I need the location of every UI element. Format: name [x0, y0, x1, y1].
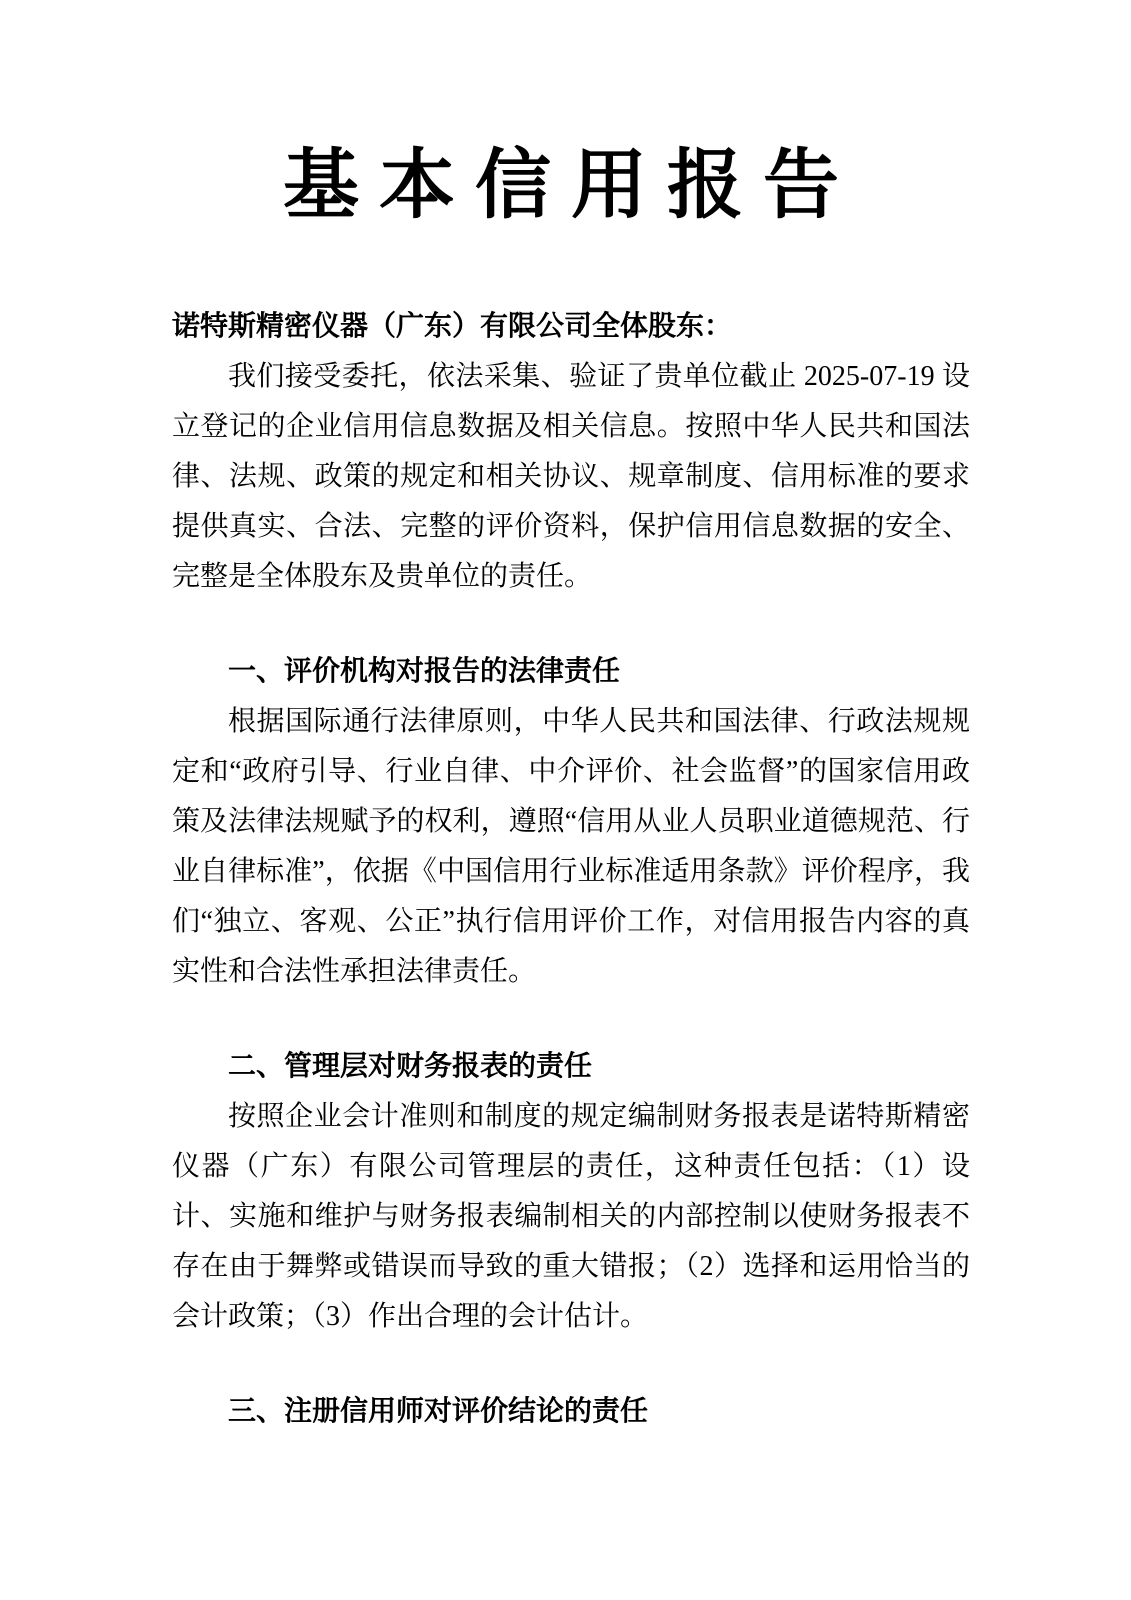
page-title: 基本信用报告 — [172, 142, 970, 230]
section-heading-2: 二、管理层对财务报表的责任 — [172, 1042, 970, 1092]
addressee-line: 诺特斯精密仪器（广东）有限公司全体股东： — [172, 302, 970, 352]
section-heading-3: 三、注册信用师对评价结论的责任 — [172, 1387, 970, 1437]
section-body-2: 按照企业会计准则和制度的规定编制财务报表是诺特斯精密仪器（广东）有限公司管理层的… — [172, 1092, 970, 1342]
section-heading-1: 一、评价机构对报告的法律责任 — [172, 647, 970, 697]
section-body-1: 根据国际通行法律原则，中华人民共和国法律、行政法规规定和“政府引导、行业自律、中… — [172, 697, 970, 997]
document-page: 基本信用报告 诺特斯精密仪器（广东）有限公司全体股东： 我们接受委托，依法采集、… — [0, 0, 1131, 1600]
intro-paragraph: 我们接受委托，依法采集、验证了贵单位截止 2025-07-19 设立登记的企业信… — [172, 352, 970, 602]
